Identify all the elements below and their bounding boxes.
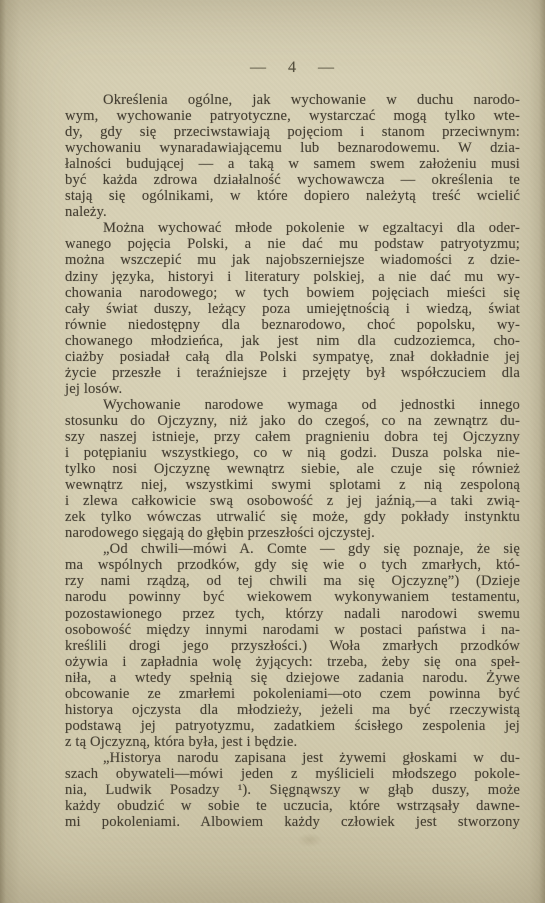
text-line: narodowego sięgają do głębin przeszłości… [65,525,520,541]
text-line: i potępianiu wszystkiego, co w nią godzi… [65,445,520,461]
text-line: Określenia ogólne, jak wychowanie w duch… [65,92,520,108]
text-line: wychowaniu wynaradawiającemu lub beznaro… [65,140,520,156]
text-line: zek tylko wówczas utrwalić się może, gdy… [65,509,520,525]
text-line: pozostawionego przez tych, którzy nadali… [65,606,520,622]
text-line: chowanego młodzieńca, jak jest nim dla c… [65,333,520,349]
text-line: „Historya narodu zapisana jest żywemi gł… [65,750,520,766]
text-line: ożywia i zapładnia wolę żyjących: trzeba… [65,654,520,670]
text-line: wewnątrz niej, wszystkimi swymi splotami… [65,477,520,493]
text-line: narodu powinny być wiekowem wykonywaniem… [65,589,520,605]
text-line: stają się ogólnikami, w które dopiero na… [65,188,520,204]
paragraph: „Od chwili—mówi A. Comte — gdy się pozna… [65,541,520,750]
text-line: wym, wychowanie patryotyczne, wystarczać… [65,108,520,124]
scanned-book-page: — 4 — Określenia ogólne, jak wychowanie … [0,0,545,903]
text-line: każdy obudzić w sobie te uczucia, które … [65,798,520,814]
text-line: z tą Ojczyzną, która była, jest i będzie… [65,734,520,750]
paragraph: „Historya narodu zapisana jest żywemi gł… [65,750,520,830]
text-line: chowania narodowego; w tych bowiem pojęc… [65,285,520,301]
paragraph: Można wychować młode pokolenie w egzalta… [65,220,520,397]
text-line: szach obywateli—mówi jeden z myślicieli … [65,766,520,782]
text-line: nia, Ludwik Posadzy ¹). Sięgnąwszy w głą… [65,782,520,798]
text-line: należy. [65,204,520,220]
text-line: mi pokoleniami. Albowiem każdy człowiek … [65,814,520,830]
text-line: ma wspólnych przodków, gdy się wie o tyc… [65,557,520,573]
text-line: tylko nosi Ojczyznę wewnątrz siebie, ale… [65,461,520,477]
text-line: obcowanie ze zmarłemi pokoleniami—oto cz… [65,686,520,702]
text-line: Wychowanie narodowe wymaga od jednostki … [65,397,520,413]
page-number: — 4 — [65,59,520,77]
text-line: cały świat duszy, leżący poza umiejętnoś… [65,301,520,317]
paragraph: Wychowanie narodowe wymaga od jednostki … [65,397,520,541]
text-block: Określenia ogólne, jak wychowanie w duch… [65,92,520,830]
text-line: ciażby posiadał całą dla Polski sympatyę… [65,349,520,365]
text-line: wanego pojęcia Polski, a nie dać mu pods… [65,236,520,252]
text-line: szy naszej istnieje, przy całem pragnien… [65,429,520,445]
text-line: Można wychować młode pokolenie w egzalta… [65,220,520,236]
text-line: historya ojczysta dla młodzieży, jeżeli … [65,702,520,718]
text-line: równie niedostępny dla beznarodowo, choć… [65,317,520,333]
text-line: łalności budującej — a taką w samem swem… [65,156,520,172]
text-line: można wszczepić mu jak najobszerniejsze … [65,252,520,268]
text-line: i zlewa całkowicie swą osobowość z jej j… [65,493,520,509]
text-line: osobowość między innymi narodami w posta… [65,622,520,638]
text-line: kreślili drogi jego przyszłości.) Woła z… [65,638,520,654]
text-line: dziny języka, historyi i literatury pols… [65,269,520,285]
text-line: „Od chwili—mówi A. Comte — gdy się pozna… [65,541,520,557]
text-line: jej losów. [65,381,520,397]
text-line: dy, gdy się przeciwstawiają pojęciom i s… [65,124,520,140]
paragraph: Określenia ogólne, jak wychowanie w duch… [65,92,520,220]
text-line: życie przeszłe i teraźniejsze i przejęty… [65,365,520,381]
text-line: niła, a wtedy spełnią się dziejowe zadan… [65,670,520,686]
text-line: podstawą jej patryotyzmu, zadatkiem ścis… [65,718,520,734]
text-line: być każda zdrowa działalność wychowawcza… [65,172,520,188]
text-line: stosunku do Ojczyzny, niż jako do czegoś… [65,413,520,429]
text-line: rzy nami rządzą, od tej chwili ma się Oj… [65,573,520,589]
